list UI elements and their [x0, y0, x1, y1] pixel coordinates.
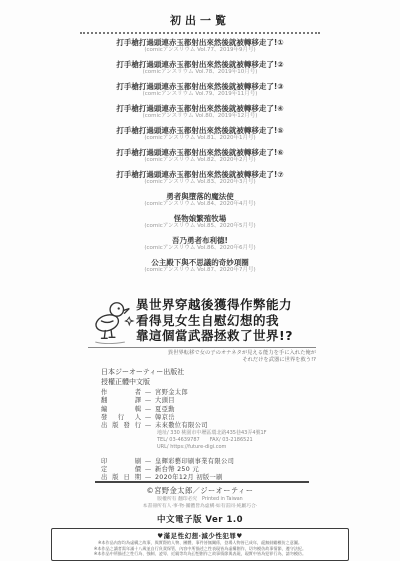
credit-dash: —	[141, 414, 155, 422]
page-title: 初出一覧	[0, 12, 400, 28]
chapter-source: (comicアンスリウム Vol.78、2019年10月号)	[0, 69, 400, 76]
credit-value: 未來數位有限公司	[155, 422, 208, 429]
book-subtitle-line-1: 異世界転移で女の子のオナネタが見える能力を手に入れた俺が	[88, 350, 316, 357]
publisher-name: 日本ジーオーティー出版社	[101, 368, 184, 378]
title-underline	[88, 347, 316, 348]
publisher-block: 日本ジーオーティー出版社 授權正體中文版	[101, 368, 184, 387]
credit-label: 印 刷	[101, 458, 141, 466]
credits-block: 作 者—宮野金太郎 翻 譯—大頭目 編 輯—夏亞勳 發 行 人—韓京岳 出版發行…	[101, 389, 315, 483]
chapter-row: 打手槍打過頭連赤玉都射出來然後就被轉移走了!② (comicアンスリウム Vol…	[0, 60, 400, 76]
credit-subline: TEL/ 03-4639787 FAX/ 03-2186521	[157, 437, 315, 444]
book-title-line-3: 靠這個當武器拯救了世界!?	[136, 328, 293, 344]
credit-label: 翻 譯	[101, 397, 141, 405]
bottom-rule	[95, 481, 309, 483]
bottom-block: ©宮野金太郎／ジーオーティー 版權所有 翻印必究 Printed in Taiw…	[0, 486, 400, 561]
chapter-source: (comicアンスリウム Vol.83、2020年3月号)	[0, 179, 400, 186]
chapter-title: 打手槍打過頭連赤玉都射出來然後就被轉移走了!⑥	[0, 148, 400, 157]
chapter-source: (comicアンスリウム Vol.87、2020年7月号)	[0, 267, 400, 274]
chapter-source: (comicアンスリウム Vol.79、2019年11月号)	[0, 91, 400, 98]
credit-label: 發 行 人	[101, 414, 141, 422]
credit-value: 新台幣 250 元	[155, 466, 199, 473]
book-title: 異世界穿越後獲得作弊能力 看得見女生自慰幻想的我 靠這個當武器拯救了世界!?	[136, 297, 293, 344]
chapter-row: 打手槍打過頭連赤玉都射出來然後就被轉移走了!⑤ (comicアンスリウム Vol…	[0, 126, 400, 142]
chapter-source: (comicアンスリウム Vol.77、2019年9月号)	[0, 47, 400, 54]
credit-value: 夏亞勳	[155, 406, 175, 413]
credit-label: 編 輯	[101, 406, 141, 414]
credit-value: 宮野金太郎	[155, 389, 188, 396]
chapter-row: 勇者與墮落的魔法使 (comicアンスリウム Vol.84、2020年4月号)	[0, 192, 400, 208]
credit-label: 出版發行	[101, 422, 141, 430]
credit-row: 印 刷—皇輝彩藝印刷事業有限公司	[101, 458, 315, 466]
chapter-row: 打手槍打過頭連赤玉都射出來然後就被轉移走了!⑦ (comicアンスリウム Vol…	[0, 170, 400, 186]
chapter-title: 吾乃勇者布利德!	[0, 236, 400, 245]
chapter-title: 怪物娘繁殖牧場	[0, 214, 400, 223]
book-title-line-1: 異世界穿越後獲得作弊能力	[136, 297, 293, 313]
credit-value: 大頭目	[155, 397, 175, 404]
bird-doodle-mascot-icon	[88, 297, 136, 345]
credit-subline: URL/ https://future-digi.com	[157, 444, 315, 451]
colophon-page: 初出一覧 打手槍打過頭連赤玉都射出來然後就被轉移走了!① (comicアンスリウ…	[0, 0, 400, 561]
chapter-title: 打手槍打過頭連赤玉都射出來然後就被轉移走了!②	[0, 60, 400, 69]
chapter-row: 怪物娘繁殖牧場 (comicアンスリウム Vol.85、2020年5月号)	[0, 214, 400, 230]
chapter-title: 勇者與墮落的魔法使	[0, 192, 400, 201]
chapter-title: 公主殿下與不思議的奇妙項圈	[0, 258, 400, 267]
credit-dash: —	[141, 397, 155, 405]
chapter-title: 打手槍打過頭連赤玉都射出來然後就被轉移走了!⑦	[0, 170, 400, 179]
copyright-line: ©宮野金太郎／ジーオーティー	[0, 486, 400, 496]
chapter-row: 吾乃勇者布利德! (comicアンスリウム Vol.86、2020年6月号)	[0, 236, 400, 252]
dotted-divider	[80, 32, 320, 34]
chapter-source: (comicアンスリウム Vol.82、2020年2月号)	[0, 157, 400, 164]
chapter-row: 打手槍打過頭連赤玉都射出來然後就被轉移走了!⑥ (comicアンスリウム Vol…	[0, 148, 400, 164]
credit-dash: —	[141, 458, 155, 466]
disclaimer-line-3: ※本作品中所描述之性行為、強制、凌辱、近親等均為幻想創作之故事情節與表現，現實中…	[56, 551, 344, 557]
chapter-source: (comicアンスリウム Vol.85、2020年5月号)	[0, 223, 400, 230]
credit-value: 韓京岳	[155, 414, 175, 421]
chapter-source: (comicアンスリウム Vol.86、2020年6月号)	[0, 245, 400, 252]
credit-value: 皇輝彩藝印刷事業有限公司	[155, 458, 234, 465]
legal-line-2: 本書冊所有人‧事‧物‧團體皆為虛構‧如有雷同‧純屬巧合‧	[0, 504, 400, 510]
credit-row: 翻 譯—大頭目	[101, 397, 315, 405]
credit-row: 編 輯—夏亞勳	[101, 406, 315, 414]
edition-line: 中文電子版 Ver 1.0	[0, 513, 400, 525]
credit-row: 發 行 人—韓京岳	[101, 414, 315, 422]
book-subtitle-line-2: それだけを武器に世界を救う!?	[88, 357, 316, 364]
credit-dash: —	[141, 406, 155, 414]
chapter-list: 打手槍打過頭連赤玉都射出來然後就被轉移走了!① (comicアンスリウム Vol…	[0, 38, 400, 280]
chapter-source: (comicアンスリウム Vol.84、2020年4月号)	[0, 201, 400, 208]
chapter-row: 打手槍打過頭連赤玉都射出來然後就被轉移走了!① (comicアンスリウム Vol…	[0, 38, 400, 54]
chapter-title: 打手槍打過頭連赤玉都射出來然後就被轉移走了!③	[0, 82, 400, 91]
book-title-block: 異世界穿越後獲得作弊能力 看得見女生自慰幻想的我 靠這個當武器拯救了世界!? 異…	[88, 297, 316, 364]
credit-dash: —	[141, 466, 155, 474]
disclaimer-line-1: ※本作品內容均為虛構之故事，與實際的人物、團體、事件皆無關係，登場人物皆已成年，…	[56, 540, 344, 546]
chapter-row: 公主殿下與不思議的奇妙項圈 (comicアンスリウム Vol.87、2020年7…	[0, 258, 400, 274]
credit-row: 出版發行—未來數位有限公司 地址/ 330 桃園市中壢區環北路435巷43弄4號…	[101, 422, 315, 451]
masthead: 初出一覧	[0, 12, 400, 34]
book-title-line-2: 看得見女生自慰幻想的我	[136, 313, 293, 329]
credit-dash: —	[141, 389, 155, 397]
chapter-title: 打手槍打過頭連赤玉都射出來然後就被轉移走了!⑤	[0, 126, 400, 135]
chapter-title: 打手槍打過頭連赤玉都射出來然後就被轉移走了!④	[0, 104, 400, 113]
chapter-source: (comicアンスリウム Vol.80、2019年12月号)	[0, 113, 400, 120]
chapter-title: 打手槍打過頭連赤玉都射出來然後就被轉移走了!①	[0, 38, 400, 47]
chapter-row: 打手槍打過頭連赤玉都射出來然後就被轉移走了!③ (comicアンスリウム Vol…	[0, 82, 400, 98]
chapter-source: (comicアンスリウム Vol.81、2020年1月号)	[0, 135, 400, 142]
license-line: 授權正體中文版	[101, 378, 184, 388]
credit-dash: —	[141, 422, 155, 430]
disclaimer-slogan: ♥滿足性幻想‧減少性犯罪♥	[56, 531, 344, 540]
credit-subline: 地址/ 330 桃園市中壢區環北路435巷43弄4號1F	[157, 430, 315, 437]
credit-sublines: 地址/ 330 桃園市中壢區環北路435巷43弄4號1FTEL/ 03-4639…	[157, 430, 315, 450]
legal-line-1: 版權所有 翻印必究 Printed in Taiwan	[0, 497, 400, 503]
book-subtitle-jp: 異世界転移で女の子のオナネタが見える能力を手に入れた俺が それだけを武器に世界を…	[88, 350, 316, 364]
disclaimer-box: ♥滿足性幻想‧減少性犯罪♥ ※本作品內容均為虛構之故事，與實際的人物、團體、事件…	[51, 528, 349, 561]
chapter-row: 打手槍打過頭連赤玉都射出來然後就被轉移走了!④ (comicアンスリウム Vol…	[0, 104, 400, 120]
